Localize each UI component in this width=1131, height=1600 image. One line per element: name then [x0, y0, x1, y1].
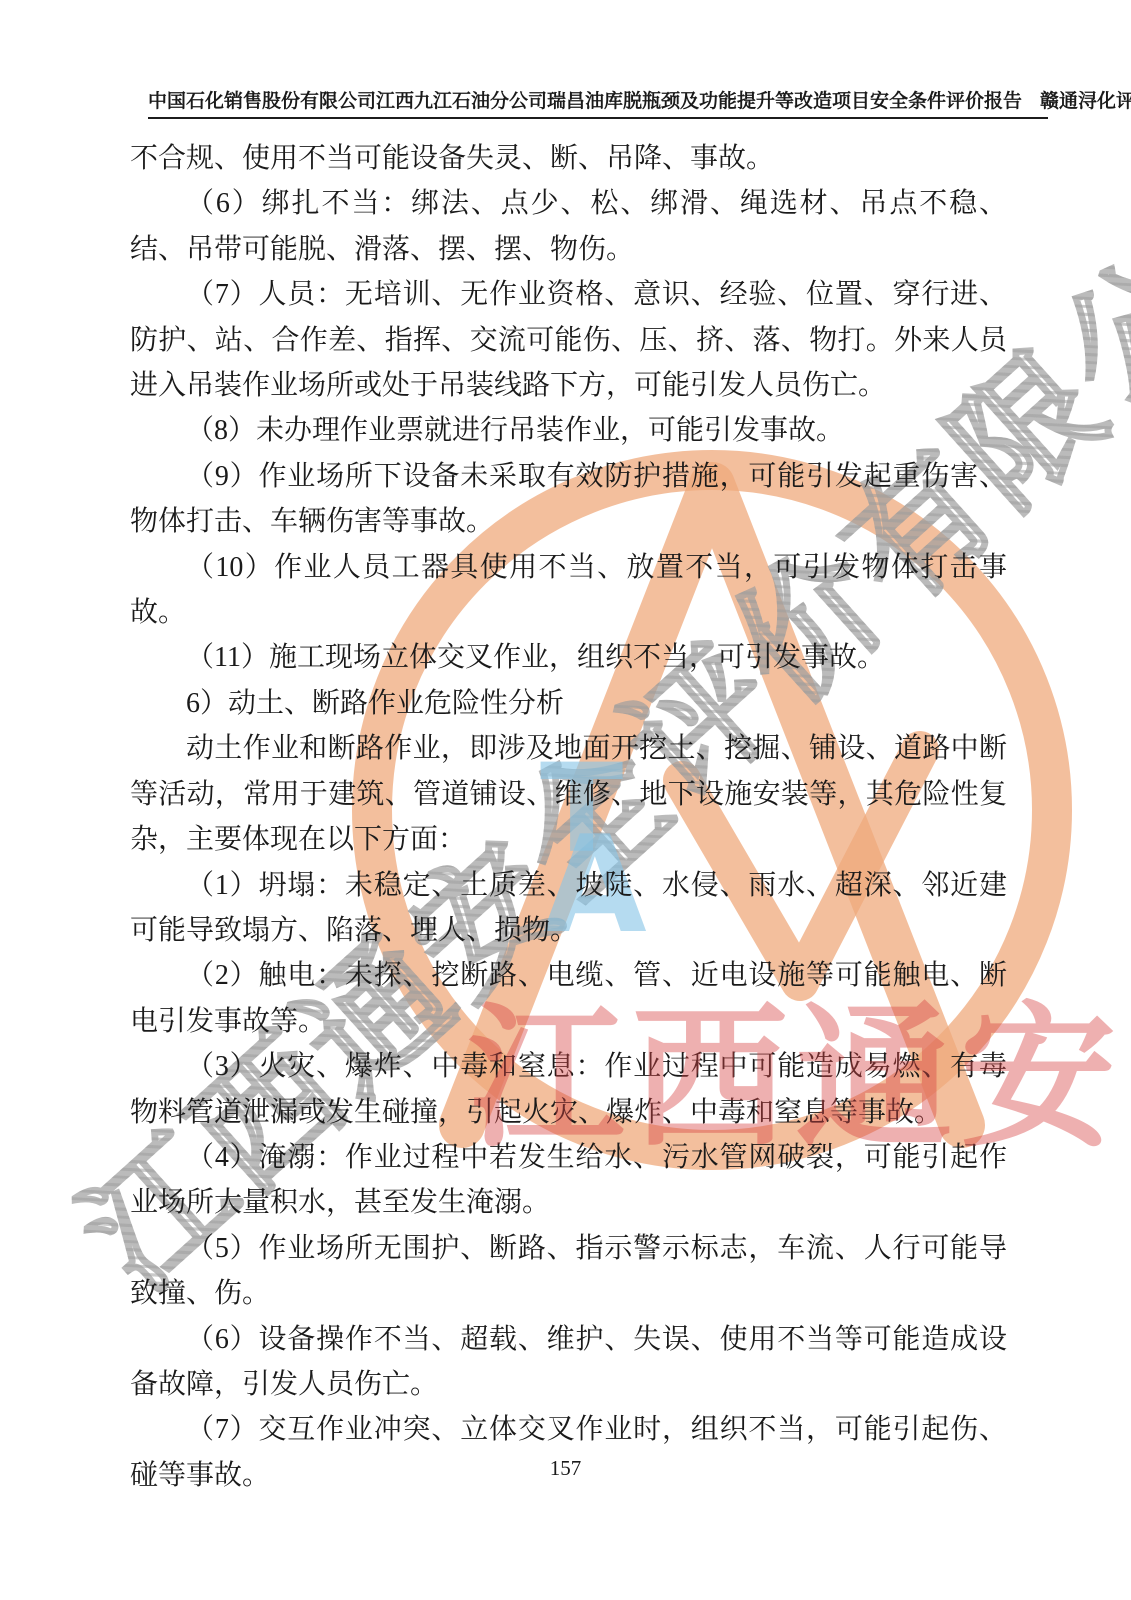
- page-content: 中国石化销售股份有限公司江西九江石油分公司瑞昌油库脱瓶颈及功能提升等改造项目安全…: [0, 0, 1131, 1600]
- paragraph: （1）坍塌：未稳定、土质差、坡陡、水侵、雨水、超深、邻近建可能导致塌方、陷落、埋…: [130, 863, 1007, 954]
- paragraph: 不合规、使用不当可能设备失灵、断、吊降、事故。: [130, 136, 1007, 181]
- paragraph: （6）绑扎不当：绑法、点少、松、绑滑、绳选材、吊点不稳、结、吊带可能脱、滑落、摆…: [130, 181, 1007, 272]
- report-title: 中国石化销售股份有限公司江西九江石油分公司瑞昌油库脱瓶颈及功能提升等改造项目安全…: [148, 86, 1022, 113]
- paragraph: （9）作业场所下设备未采取有效防护措施，可能引发起重伤害、物体打击、车辆伤害等事…: [130, 454, 1007, 545]
- section-heading-earthwork: 6）动土、断路作业危险性分析: [130, 681, 1007, 726]
- paragraph: （10）作业人员工器具使用不当、放置不当，可引发物体打击事故。: [130, 545, 1007, 636]
- document-page: 江西通安全评价有限公司 T A 中国石化销售股份有限公司江西九江石油分公司瑞昌油…: [0, 0, 1131, 1600]
- page-header: 中国石化销售股份有限公司江西九江石油分公司瑞昌油库脱瓶颈及功能提升等改造项目安全…: [148, 86, 1048, 119]
- page-number: 157: [0, 1456, 1131, 1481]
- body-text: 不合规、使用不当可能设备失灵、断、吊降、事故。 （6）绑扎不当：绑法、点少、松、…: [130, 136, 1007, 1498]
- paragraph: （2）触电：未探、挖断路、电缆、管、近电设施等可能触电、断电引发事故等。: [130, 953, 1007, 1044]
- paragraph: （6）设备操作不当、超载、维护、失误、使用不当等可能造成设备故障，引发人员伤亡。: [130, 1317, 1007, 1408]
- paragraph: （5）作业场所无围护、断路、指示警示标志，车流、人行可能导致撞、伤。: [130, 1226, 1007, 1317]
- paragraph: （4）淹溺：作业过程中若发生给水、污水管网破裂，可能引起作业场所大量积水，甚至发…: [130, 1135, 1007, 1226]
- paragraph: （8）未办理作业票就进行吊装作业，可能引发事故。: [130, 408, 1007, 453]
- paragraph: 动土作业和断路作业，即涉及地面开挖土、挖掘、铺设、道路中断等活动，常用于建筑、管…: [130, 726, 1007, 862]
- paragraph: （7）交互作业冲突、立体交叉作业时，组织不当，可能引起伤、碰等事故。: [130, 1407, 1007, 1498]
- paragraph: （7）人员：无培训、无作业资格、意识、经验、位置、穿行进、防护、站、合作差、指挥…: [130, 272, 1007, 408]
- paragraph: （3）火灾、爆炸、中毒和窒息：作业过程中可能造成易燃、有毒物料管道泄漏或发生碰撞…: [130, 1044, 1007, 1135]
- paragraph: （11）施工现场立体交叉作业，组织不当，可引发事故。: [130, 635, 1007, 680]
- document-number: 赣通浔化评字（2024）045号: [1040, 86, 1131, 113]
